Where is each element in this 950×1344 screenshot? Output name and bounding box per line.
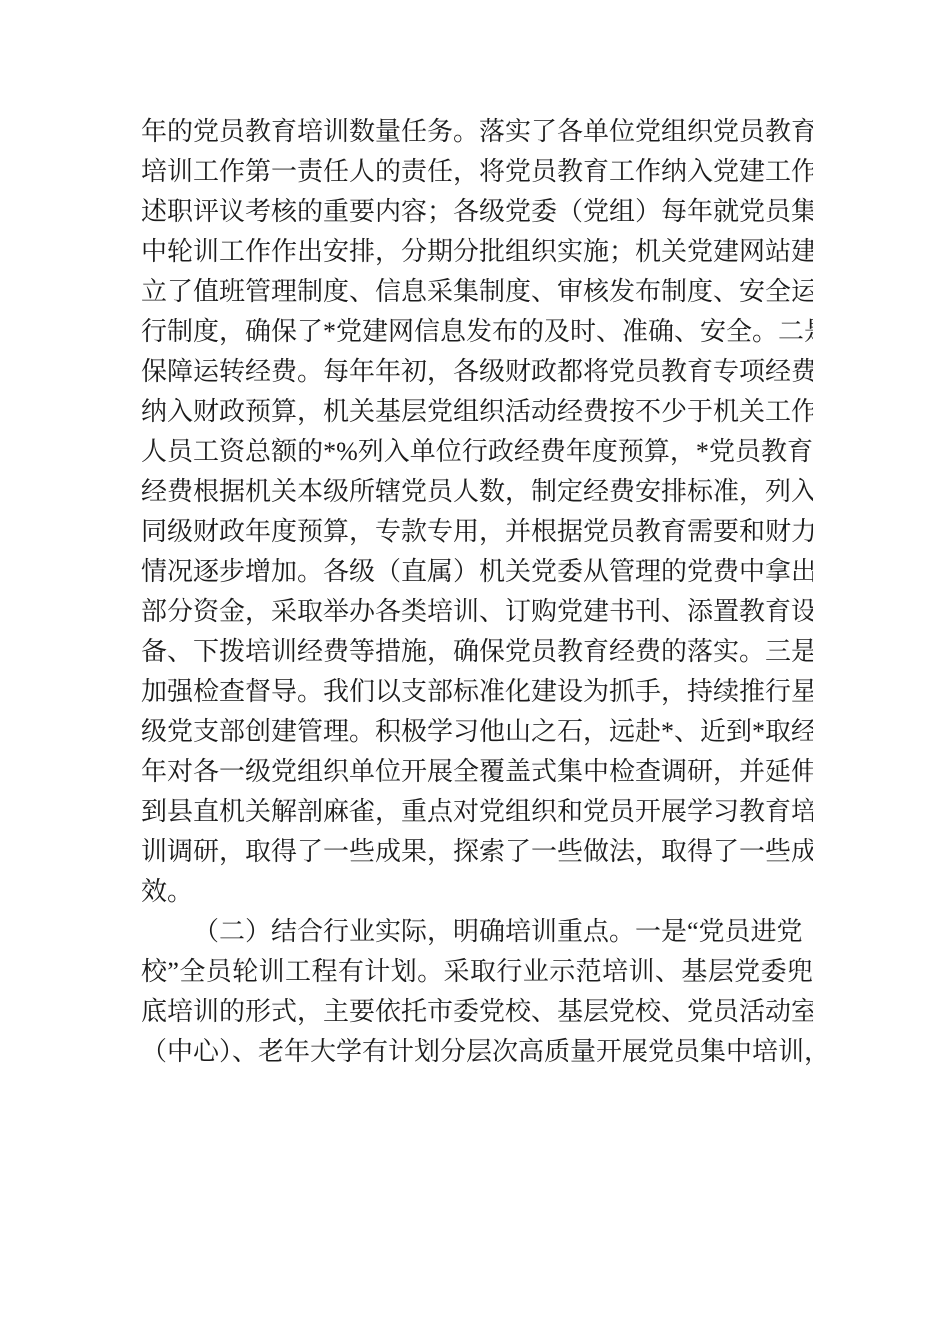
text-line: （二）结合行业实际，明确培训重点。一是“党员进党 [141,912,813,952]
text-line: 培训工作第一责任人的责任，将党员教育工作纳入党建工作 [141,152,813,192]
text-line: 年对各一级党组织单位开展全覆盖式集中检查调研，并延伸 [141,752,813,792]
text-line: 底培训的形式，主要依托市委党校、基层党校、党员活动室 [141,992,813,1032]
text-line: 备、下拨培训经费等措施，确保党员教育经费的落实。三是 [141,632,813,672]
text-line: 保障运转经费。每年年初，各级财政都将党员教育专项经费 [141,352,813,392]
text-line: 经费根据机关本级所辖党员人数，制定经费安排标准，列入 [141,472,813,512]
text-line: 效。 [141,872,813,912]
text-line: 到县直机关解剖麻雀，重点对党组织和党员开展学习教育培 [141,792,813,832]
text-line: 纳入财政预算，机关基层党组织活动经费按不少于机关工作 [141,392,813,432]
text-line: 同级财政年度预算，专款专用，并根据党员教育需要和财力 [141,512,813,552]
text-line: 行制度，确保了*党建网信息发布的及时、准确、安全。二是 [141,312,813,352]
text-line: 情况逐步增加。各级（直属）机关党委从管理的党费中拿出 [141,552,813,592]
text-line: 中轮训工作作出安排，分期分批组织实施；机关党建网站建 [141,232,813,272]
text-line: 人员工资总额的*%列入单位行政经费年度预算，*党员教育 [141,432,813,472]
text-line: 训调研，取得了一些成果，探索了一些做法，取得了一些成 [141,832,813,872]
text-line: 述职评议考核的重要内容；各级党委（党组）每年就党员集 [141,192,813,232]
text-line: 立了值班管理制度、信息采集制度、审核发布制度、安全运 [141,272,813,312]
text-line: 年的党员教育培训数量任务。落实了各单位党组织党员教育 [141,112,813,152]
text-line: 加强检查督导。我们以支部标准化建设为抓手，持续推行星 [141,672,813,712]
text-line: 部分资金，采取举办各类培训、订购党建书刊、添置教育设 [141,592,813,632]
text-line: 校”全员轮训工程有计划。采取行业示范培训、基层党委兜 [141,952,813,992]
text-line: 级党支部创建管理。积极学习他山之石，远赴*、近到*取经， 每 [141,712,813,752]
document-text-block: 年的党员教育培训数量任务。落实了各单位党组织党员教育培训工作第一责任人的责任，将… [141,112,813,1072]
page: 年的党员教育培训数量任务。落实了各单位党组织党员教育培训工作第一责任人的责任，将… [0,0,950,1344]
text-line: （中心）、老年大学有计划分层次高质量开展党员集中培训， [141,1032,813,1072]
